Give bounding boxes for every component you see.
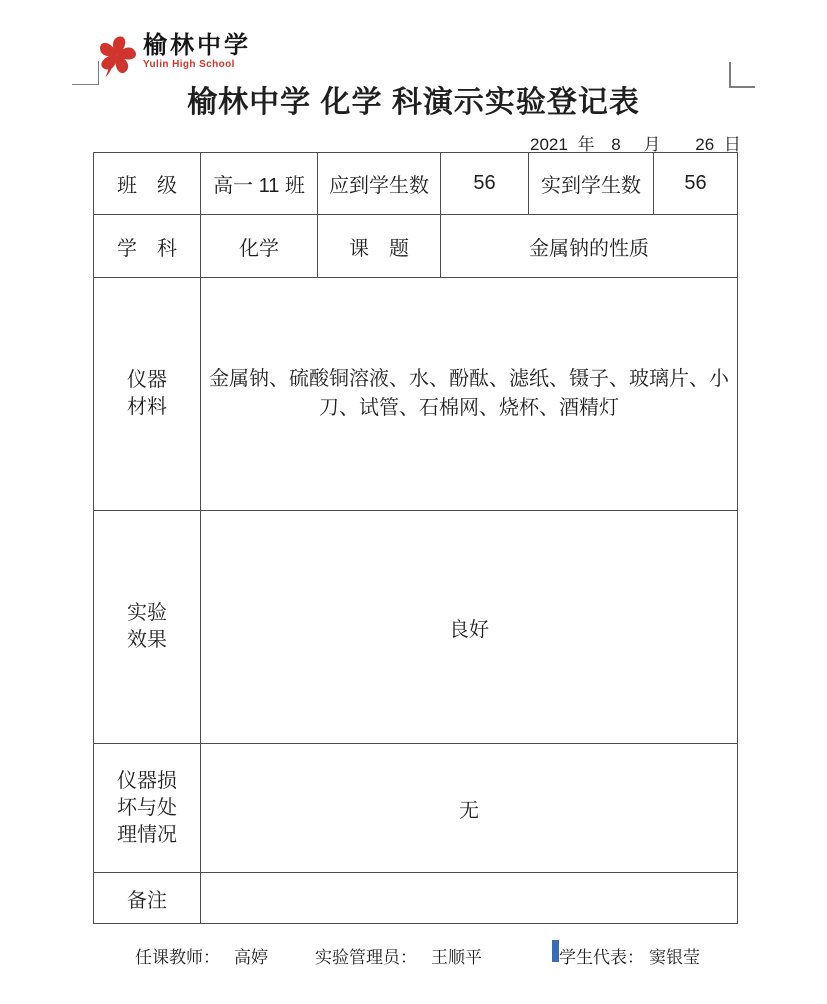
teacher-signature: 任课教师：高婷: [135, 943, 268, 968]
class-label-cell: 班 级: [94, 153, 201, 215]
crop-mark-top-left: [98, 61, 99, 85]
expected-value-cell[interactable]: 56: [441, 153, 529, 215]
effect-value-cell[interactable]: 良好: [201, 511, 738, 744]
actual-value-cell[interactable]: 56: [654, 153, 738, 215]
student-signature: 学生代表：窦银莹: [559, 943, 700, 968]
school-name-zh: 榆林中学: [143, 32, 251, 58]
expected-label-cell: 应到学生数: [318, 153, 441, 215]
logo-text: 榆林中学 Yulin High School: [143, 28, 251, 70]
manager-label: 实验管理员：: [315, 948, 417, 967]
manager-signature: 实验管理员：王顺平: [315, 943, 482, 968]
manager-name[interactable]: 王顺平: [431, 948, 482, 967]
subject-label-cell: 学 科: [94, 215, 201, 278]
effect-label-cell: 实验 效果: [94, 511, 201, 744]
flower-icon: [96, 34, 138, 80]
damage-label-cell: 仪器损 坏与处 理情况: [94, 744, 201, 873]
student-name[interactable]: 窦银莹: [649, 948, 700, 967]
topic-value-cell[interactable]: 金属钠的性质: [441, 215, 738, 278]
table-row-class: 班 级 高一 11 班 应到学生数 56 实到学生数 56: [94, 153, 738, 215]
remarks-label-cell: 备注: [94, 873, 201, 924]
damage-value-cell[interactable]: 无: [201, 744, 738, 873]
remarks-value-cell[interactable]: [201, 873, 738, 924]
class-value-cell[interactable]: 高一 11 班: [201, 153, 318, 215]
table-row-effect: 实验 效果 良好: [94, 511, 738, 744]
table-row-equipment: 仪器 材料 金属钠、硫酸铜溶液、水、酚酞、滤纸、镊子、玻璃片、小刀、试管、石棉网…: [94, 278, 738, 511]
actual-label-cell: 实到学生数: [529, 153, 654, 215]
equipment-value-cell[interactable]: 金属钠、硫酸铜溶液、水、酚酞、滤纸、镊子、玻璃片、小刀、试管、石棉网、烧杯、酒精…: [201, 278, 738, 511]
topic-label-cell: 课 题: [318, 215, 441, 278]
equipment-label-cell: 仪器 材料: [94, 278, 201, 511]
text-cursor: [552, 940, 559, 962]
page-title: 榆林中学 化学 科演示实验登记表: [0, 84, 827, 122]
table-row-damage: 仪器损 坏与处 理情况 无: [94, 744, 738, 873]
table-row-remarks: 备注: [94, 873, 738, 924]
school-name-en: Yulin High School: [143, 59, 251, 70]
registration-table: 班 级 高一 11 班 应到学生数 56 实到学生数 56 学 科 化学 课 题…: [93, 152, 738, 924]
teacher-label: 任课教师：: [135, 948, 220, 967]
school-logo: 榆林中学 Yulin High School: [96, 28, 251, 80]
subject-value-cell[interactable]: 化学: [201, 215, 318, 278]
teacher-name[interactable]: 高婷: [234, 948, 268, 967]
student-label: 学生代表：: [559, 948, 644, 967]
table-row-subject: 学 科 化学 课 题 金属钠的性质: [94, 215, 738, 278]
document-page: 榆林中学 Yulin High School 榆林中学 化学 科演示实验登记表 …: [0, 0, 827, 1004]
